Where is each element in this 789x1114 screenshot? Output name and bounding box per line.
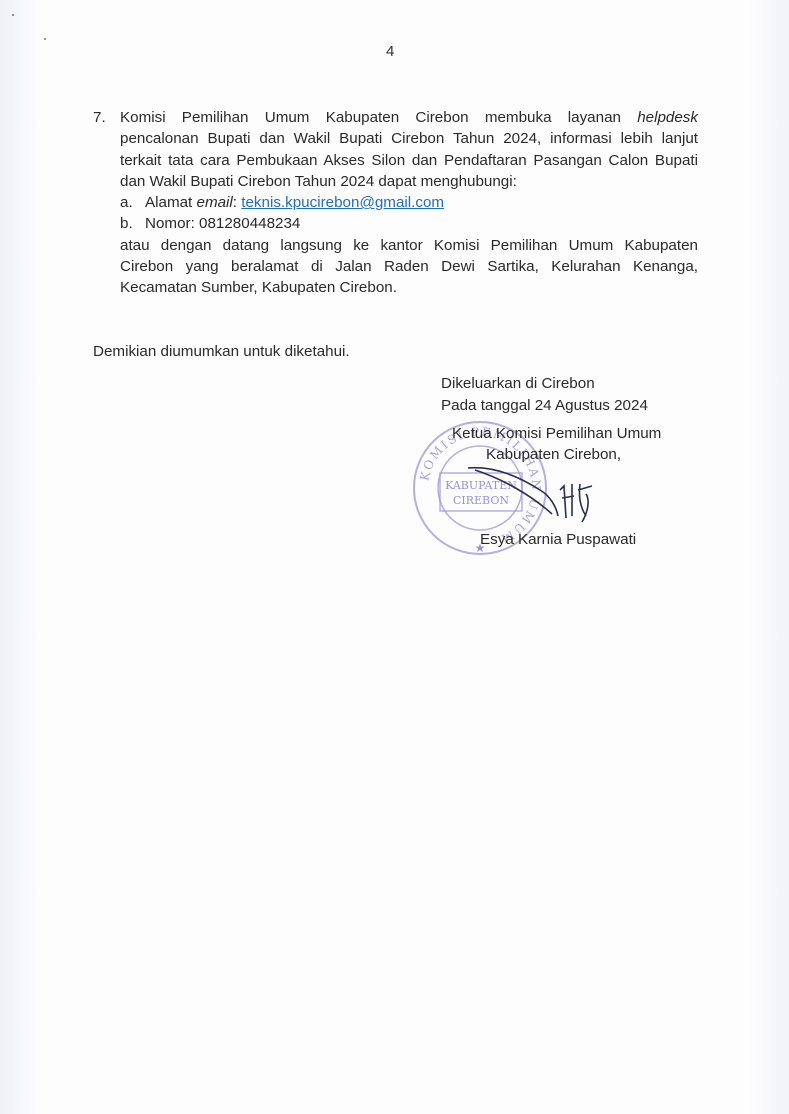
signatory-position-line1: Ketua Komisi Pemilihan Umum (452, 425, 661, 442)
sub-item-b: b.Nomor: 081280448234 (120, 213, 698, 234)
list-item-body: Komisi Pemilihan Umum Kabupaten Cirebon … (120, 107, 698, 299)
page-edge-left (0, 0, 36, 1114)
closing-statement: Demikian diumumkan untuk diketahui. (93, 343, 350, 360)
paragraph-line: Cirebon yang beralamat di Jalan Raden De… (120, 256, 698, 277)
handwritten-signature (460, 460, 600, 530)
paragraph-line: terkait tata cara Pembukaan Akses Silon … (120, 150, 698, 171)
scan-speck (12, 14, 14, 16)
paragraph-line: dan Wakil Bupati Cirebon Tahun 2024 dapa… (120, 171, 698, 192)
sub-item-letter: a. (120, 192, 145, 213)
issue-date: Pada tanggal 24 Agustus 2024 (441, 395, 648, 417)
text-run: Alamat (145, 194, 197, 211)
text-run: Komisi Pemilihan Umum Kabupaten Cirebon … (120, 109, 637, 126)
list-item-number: 7. (93, 107, 106, 128)
paragraph-line: Kecamatan Sumber, Kabupaten Cirebon. (120, 277, 698, 298)
email-link[interactable]: teknis.kpucirebon@gmail.com (241, 194, 444, 211)
issued-at: Dikeluarkan di Cirebon (441, 373, 648, 395)
paragraph-line: pencalonan Bupati dan Wakil Bupati Cireb… (120, 128, 698, 149)
paragraph-line: Komisi Pemilihan Umum Kabupaten Cirebon … (120, 107, 698, 128)
sub-item-letter: b. (120, 213, 145, 234)
signature-block: Dikeluarkan di Cirebon Pada tanggal 24 A… (441, 373, 648, 416)
text-run: : (233, 194, 241, 211)
sub-item-a: a.Alamat email: teknis.kpucirebon@gmail.… (120, 192, 698, 213)
italic-term: email (197, 194, 233, 211)
phone-number: Nomor: 081280448234 (145, 215, 300, 232)
paragraph-line: atau dengan datang langsung ke kantor Ko… (120, 235, 698, 256)
page-number: 4 (386, 43, 394, 60)
page-edge-right (749, 0, 789, 1114)
scan-speck (44, 38, 46, 40)
italic-term: helpdesk (637, 109, 698, 126)
signatory-name: Esya Karnia Puspawati (480, 531, 636, 548)
